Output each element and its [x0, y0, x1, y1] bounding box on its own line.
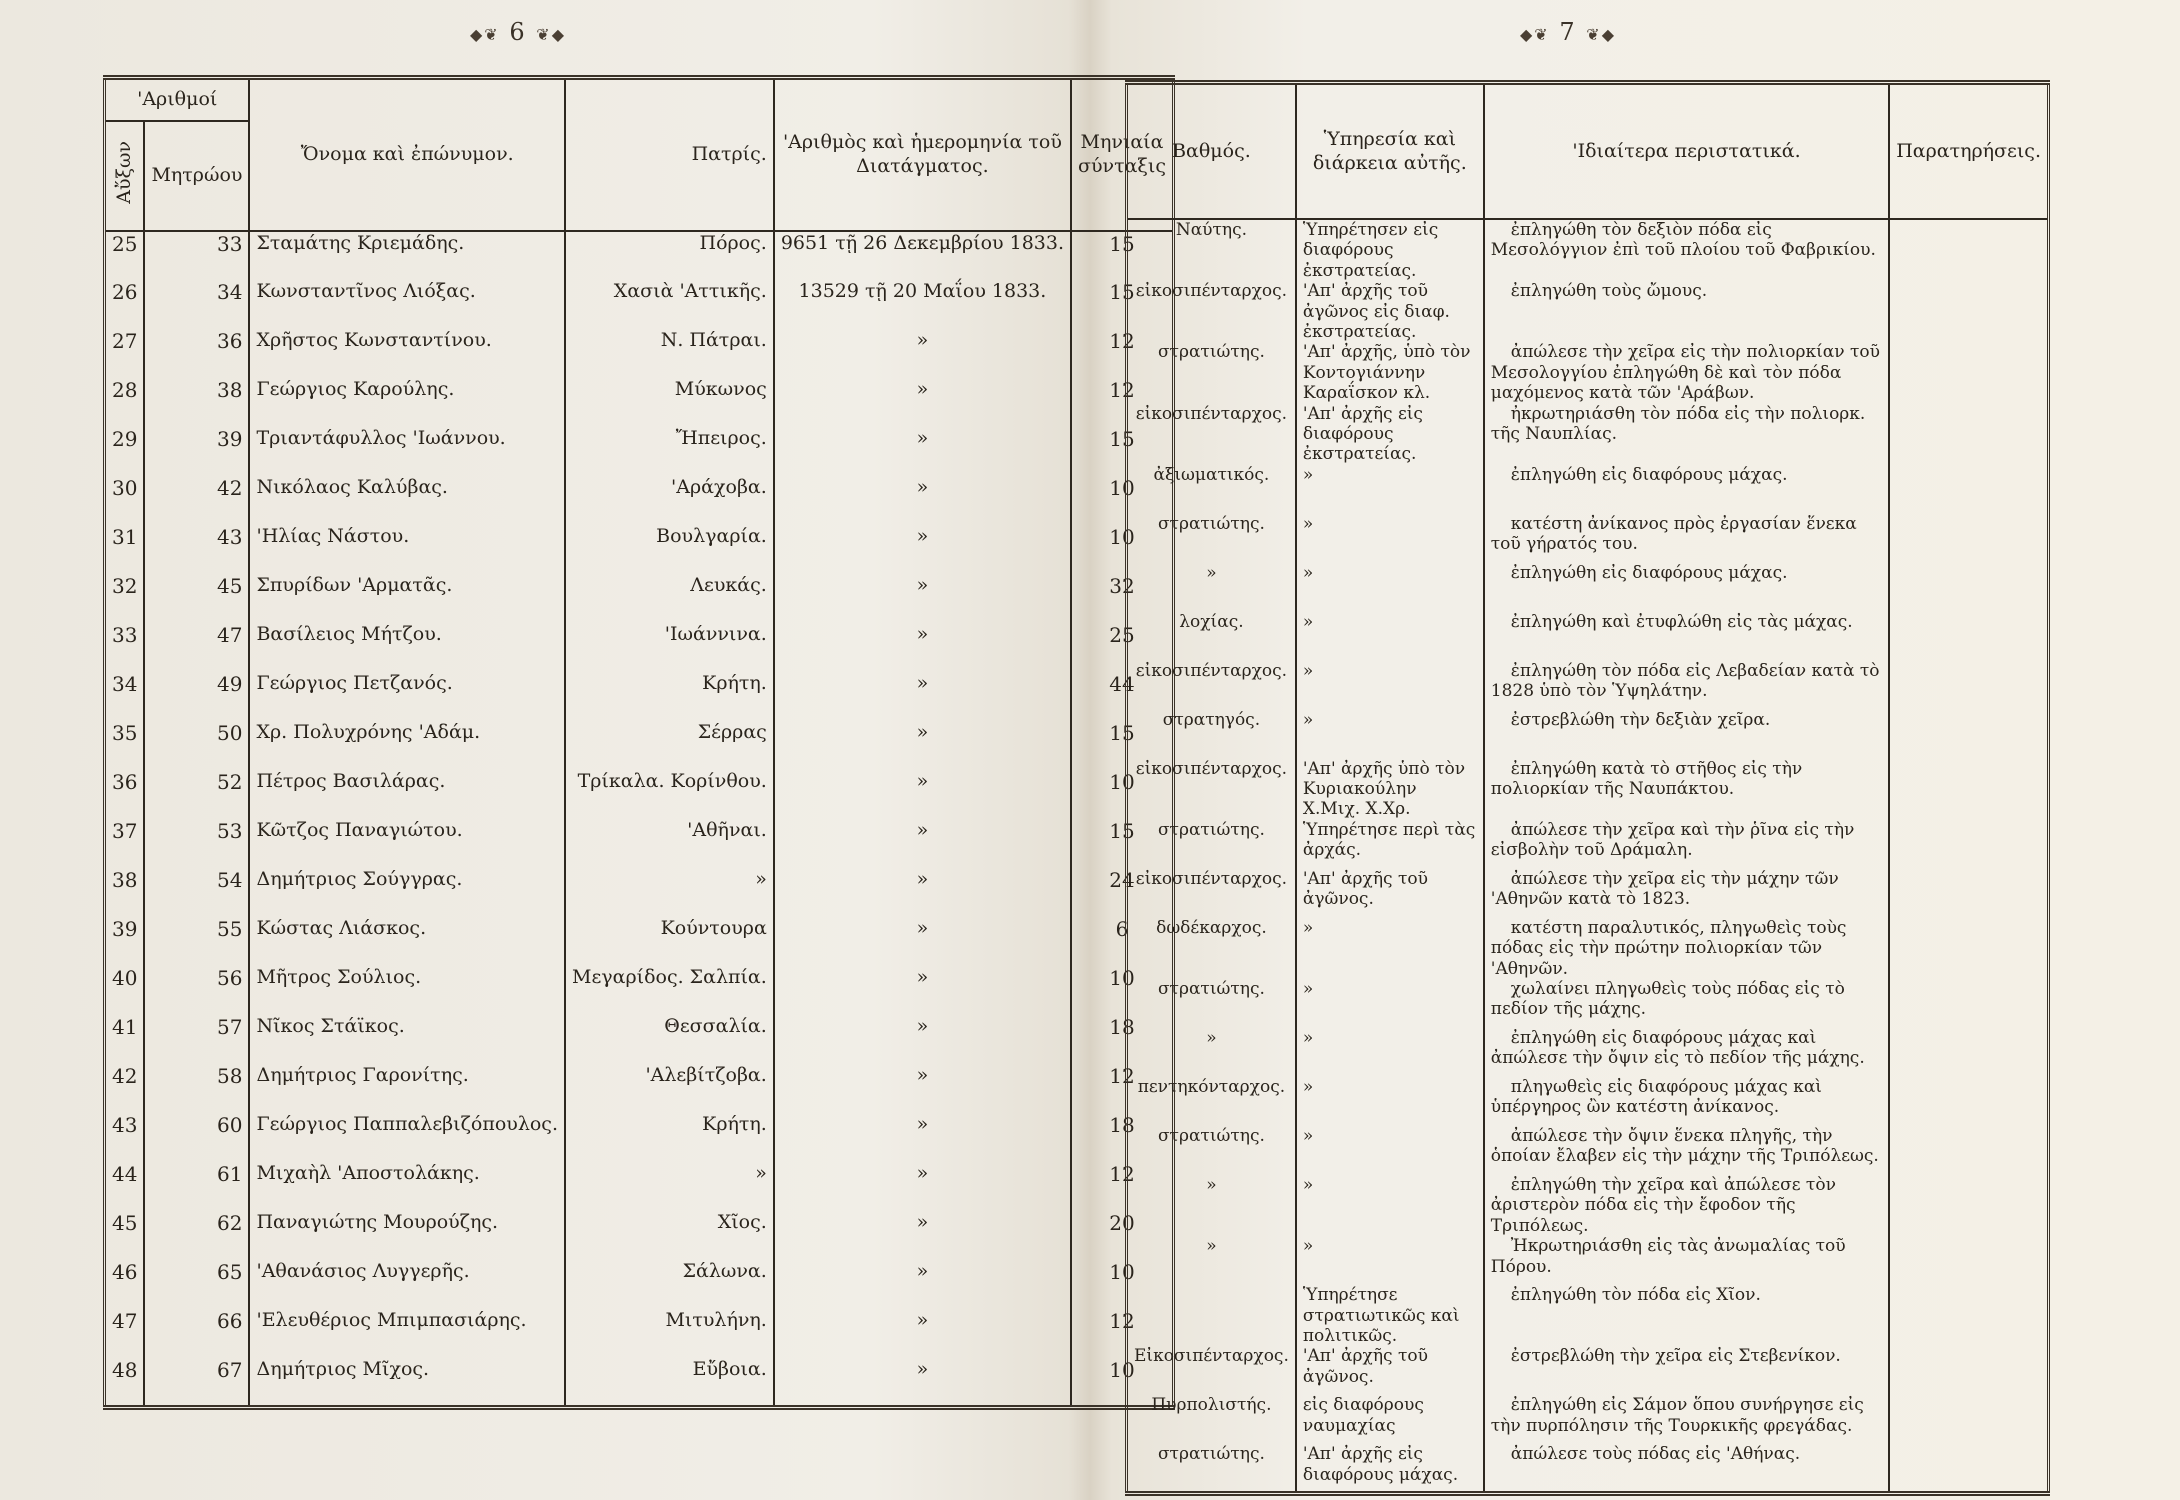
register-cell: 65 — [144, 1260, 249, 1309]
decree-cell: » — [774, 1260, 1071, 1309]
serial-cell: 35 — [105, 721, 145, 770]
register-cell: 56 — [144, 966, 249, 1015]
remarks-cell — [1889, 869, 2048, 918]
table-row: δωδέκαρχος.»κατέστη παραλυτικός, πληγωθε… — [1127, 918, 2049, 979]
decree-cell: » — [774, 672, 1071, 721]
service-cell: » — [1296, 1126, 1484, 1175]
rank-cell: εἰκοσιπένταρχος. — [1127, 281, 1296, 342]
register-cell: 39 — [144, 427, 249, 476]
table-row: στρατηγός.»ἐστρεβλώθη τὴν δεξιὰν χεῖρα. — [1127, 710, 2049, 759]
header-decree: 'Αριθμὸς καὶ ἡμερομηνία τοῦ Διατάγματος. — [774, 78, 1071, 232]
homeland-cell: Κρήτη. — [565, 1113, 774, 1162]
decree-cell: » — [774, 721, 1071, 770]
homeland-cell: Σέρρας — [565, 721, 774, 770]
name-cell: Δημήτριος Γαρονίτης. — [249, 1064, 565, 1113]
name-cell: 'Αθανάσιος Λυγγερῆς. — [249, 1260, 565, 1309]
particulars-cell: ἐστρεβλώθη τὴν δεξιὰν χεῖρα. — [1484, 710, 1889, 759]
register-cell: 43 — [144, 525, 249, 574]
homeland-cell: Σάλωνα. — [565, 1260, 774, 1309]
decree-cell: » — [774, 427, 1071, 476]
remarks-cell — [1889, 1285, 2048, 1346]
particulars-cell: ἐπληγώθη τὴν χεῖρα καὶ ἀπώλεσε τὸν ἀριστ… — [1484, 1175, 1889, 1236]
table-row: »»ἐπληγώθη εἰς διαφόρους μάχας καὶ ἀπώλε… — [1127, 1028, 2049, 1077]
rank-cell: Ναύτης. — [1127, 219, 1296, 281]
rank-cell: δωδέκαρχος. — [1127, 918, 1296, 979]
decree-cell: 9651 τῇ 26 Δεκεμβρίου 1833. — [774, 231, 1071, 280]
remarks-cell — [1889, 710, 2048, 759]
rank-cell: » — [1127, 1236, 1296, 1285]
table-row: εἰκοσιπένταρχος.'Απ' ἀρχῆς ὑπὸ τὸν Κυρια… — [1127, 759, 2049, 820]
page-number-left: ◆❦ 6 ❦◆ — [470, 18, 566, 46]
serial-cell: 27 — [105, 329, 145, 378]
serial-cell: 37 — [105, 819, 145, 868]
homeland-cell: Κούντουρα — [565, 917, 774, 966]
table-row: 3245Σπυρίδων 'Αρματᾶς.Λευκάς.»32 — [105, 574, 1174, 623]
name-cell: Νικόλαος Καλύβας. — [249, 476, 565, 525]
service-cell: » — [1296, 514, 1484, 563]
table-row: 3042Νικόλαος Καλύβας.'Αράχοβα.»10 — [105, 476, 1174, 525]
service-cell: 'Απ' ἀρχῆς τοῦ ἀγῶνος εἰς διαφ. ἐκστρατε… — [1296, 281, 1484, 342]
table-row: στρατιώτης.»κατέστη ἀνίκανος πρὸς ἐργασί… — [1127, 514, 2049, 563]
table-row: 3449Γεώργιος Πετζανός.Κρήτη.»44 — [105, 672, 1174, 721]
name-cell: Πέτρος Βασιλάρας. — [249, 770, 565, 819]
serial-cell: 30 — [105, 476, 145, 525]
register-cell: 36 — [144, 329, 249, 378]
table-row: 3652Πέτρος Βασιλάρας.Τρίκαλα. Κορίνθου.»… — [105, 770, 1174, 819]
ornament-icon: ◆❦ — [470, 25, 500, 44]
decree-cell: » — [774, 868, 1071, 917]
homeland-cell: Ἤπειρος. — [565, 427, 774, 476]
particulars-cell: ἐπληγώθη κατὰ τὸ στῆθος εἰς τὴν πολιορκί… — [1484, 759, 1889, 820]
particulars-cell: χωλαίνει πληγωθεὶς τοὺς πόδας εἰς τὸ πεδ… — [1484, 979, 1889, 1028]
serial-cell: 34 — [105, 672, 145, 721]
serial-cell: 31 — [105, 525, 145, 574]
table-row: 3550Χρ. Πολυχρόνης 'Αδάμ.Σέρρας»15 — [105, 721, 1174, 770]
rank-cell: εἰκοσιπένταρχος. — [1127, 661, 1296, 710]
table-row: στρατιώτης.»χωλαίνει πληγωθεὶς τοὺς πόδα… — [1127, 979, 2049, 1028]
homeland-cell: Μεγαρίδος. Σαλπία. — [565, 966, 774, 1015]
rank-cell: στρατιώτης. — [1127, 342, 1296, 403]
serial-cell: 44 — [105, 1162, 145, 1211]
homeland-cell: Πόρος. — [565, 231, 774, 280]
table-row: Εἰκοσιπένταρχος.'Απ' ἀρχῆς τοῦ ἀγῶνος.ἐσ… — [1127, 1346, 2049, 1395]
service-cell: εἰς διαφόρους ναυμαχίας — [1296, 1395, 1484, 1444]
name-cell: Κώστας Λιάσκος. — [249, 917, 565, 966]
homeland-cell: » — [565, 1162, 774, 1211]
serial-cell: 32 — [105, 574, 145, 623]
serial-cell: 42 — [105, 1064, 145, 1113]
table-row: στρατιώτης.'Απ' ἀρχῆς, ὑπὸ τὸν Κοντογιάν… — [1127, 342, 2049, 403]
particulars-cell: ἐπληγώθη εἰς διαφόρους μάχας. — [1484, 563, 1889, 612]
rank-cell: εἰκοσιπένταρχος. — [1127, 404, 1296, 465]
homeland-cell: Χασιὰ 'Αττικῆς. — [565, 280, 774, 329]
decree-cell: » — [774, 1064, 1071, 1113]
rank-cell: πεντηκόνταρχος. — [1127, 1077, 1296, 1126]
particulars-cell: Ἠκρωτηριάσθη εἰς τὰς ἀνωμαλίας τοῦ Πόρου… — [1484, 1236, 1889, 1285]
homeland-cell: » — [565, 868, 774, 917]
register-cell: 54 — [144, 868, 249, 917]
remarks-cell — [1889, 820, 2048, 869]
particulars-cell: ἀπώλεσε τὴν χεῖρα εἰς τὴν πολιορκίαν τοῦ… — [1484, 342, 1889, 403]
serial-cell: 38 — [105, 868, 145, 917]
serial-cell: 47 — [105, 1309, 145, 1358]
decree-cell: » — [774, 917, 1071, 966]
table-row: 4562Παναγιώτης Μουρούζης.Χῖος.»20 — [105, 1211, 1174, 1260]
remarks-cell — [1889, 661, 2048, 710]
register-cell: 38 — [144, 378, 249, 427]
serial-cell: 36 — [105, 770, 145, 819]
remarks-cell — [1889, 465, 2048, 514]
rank-cell: στρατιώτης. — [1127, 979, 1296, 1028]
homeland-cell: 'Ιωάννινα. — [565, 623, 774, 672]
homeland-cell: Θεσσαλία. — [565, 1015, 774, 1064]
header-serial: Αὔξων — [105, 121, 145, 231]
header-register: Μητρώου — [144, 121, 249, 231]
homeland-cell: Ν. Πάτραι. — [565, 329, 774, 378]
name-cell: Σπυρίδων 'Αρματᾶς. — [249, 574, 565, 623]
register-cell: 55 — [144, 917, 249, 966]
service-cell: 'Απ' ἀρχῆς εἰς διαφόρους ἐκστρατείας. — [1296, 404, 1484, 465]
decree-cell: » — [774, 1309, 1071, 1358]
table-row: »»ἐπληγώθη εἰς διαφόρους μάχας. — [1127, 563, 2049, 612]
register-cell: 49 — [144, 672, 249, 721]
serial-cell: 25 — [105, 231, 145, 280]
particulars-table: Βαθμός. Ὑπηρεσία καὶ διάρκεια αὐτῆς. 'Ιδ… — [1125, 80, 2050, 1496]
table-row: πεντηκόνταρχος.»πληγωθεὶς εἰς διαφόρους … — [1127, 1077, 2049, 1126]
rank-cell: στρατηγός. — [1127, 710, 1296, 759]
register-cell: 57 — [144, 1015, 249, 1064]
rank-cell: στρατιώτης. — [1127, 1126, 1296, 1175]
serial-cell: 33 — [105, 623, 145, 672]
name-cell: 'Ηλίας Νάστου. — [249, 525, 565, 574]
register-cell: 58 — [144, 1064, 249, 1113]
name-cell: 'Ελευθέριος Μπιμπασιάρης. — [249, 1309, 565, 1358]
table-row: 2634Κωνσταντῖνος Λιόξας.Χασιὰ 'Αττικῆς.1… — [105, 280, 1174, 329]
table-row: στρατιώτης.Ὑπηρέτησε περὶ τὰς ἀρχάς.ἀπώλ… — [1127, 820, 2049, 869]
service-cell: » — [1296, 661, 1484, 710]
serial-cell: 48 — [105, 1358, 145, 1407]
service-cell: » — [1296, 465, 1484, 514]
service-cell: » — [1296, 918, 1484, 979]
table-row: εἰκοσιπένταρχος.»ἐπληγώθη τὸν πόδα εἰς Λ… — [1127, 661, 2049, 710]
pension-register-table: 'Αριθμοί Ὄνομα καὶ ἐπώνυμον. Πατρίς. 'Αρ… — [103, 75, 1175, 1410]
serial-cell: 41 — [105, 1015, 145, 1064]
ornament-icon: ❦◆ — [536, 25, 566, 44]
register-cell: 34 — [144, 280, 249, 329]
decree-cell: » — [774, 819, 1071, 868]
service-cell: 'Απ' ἀρχῆς τοῦ ἀγῶνος. — [1296, 1346, 1484, 1395]
homeland-cell: 'Αθῆναι. — [565, 819, 774, 868]
particulars-cell: ἀπώλεσε τὴν ὄψιν ἕνεκα πληγῆς, τὴν ὁποία… — [1484, 1126, 1889, 1175]
table-row: 3854Δημήτριος Σούγγρας.»»24 — [105, 868, 1174, 917]
particulars-cell: ἐπληγώθη εἰς διαφόρους μάχας. — [1484, 465, 1889, 514]
register-cell: 50 — [144, 721, 249, 770]
decree-cell: » — [774, 476, 1071, 525]
particulars-cell: ἀπώλεσε τοὺς πόδας εἰς 'Αθήνας. — [1484, 1444, 1889, 1493]
decree-cell: » — [774, 1211, 1071, 1260]
remarks-cell — [1889, 1175, 2048, 1236]
decree-cell: » — [774, 1113, 1071, 1162]
table-row: εἰκοσιπένταρχος.'Απ' ἀρχῆς εἰς διαφόρους… — [1127, 404, 2049, 465]
particulars-cell: ἐπληγώθη εἰς διαφόρους μάχας καὶ ἀπώλεσε… — [1484, 1028, 1889, 1077]
table-row: 3347Βασίλειος Μήτζου.'Ιωάννινα.»25 — [105, 623, 1174, 672]
register-cell: 60 — [144, 1113, 249, 1162]
rank-cell: » — [1127, 1175, 1296, 1236]
homeland-cell: Μύκωνος — [565, 378, 774, 427]
homeland-cell: 'Αλεβίτζοβα. — [565, 1064, 774, 1113]
rank-cell: Πυρπολιστής. — [1127, 1395, 1296, 1444]
particulars-cell: κατέστη ἀνίκανος πρὸς ἐργασίαν ἕνεκα τοῦ… — [1484, 514, 1889, 563]
name-cell: Μιχαὴλ 'Αποστολάκης. — [249, 1162, 565, 1211]
homeland-cell: Τρίκαλα. Κορίνθου. — [565, 770, 774, 819]
serial-cell: 26 — [105, 280, 145, 329]
table-row: »»Ἠκρωτηριάσθη εἰς τὰς ἀνωμαλίας τοῦ Πόρ… — [1127, 1236, 2049, 1285]
serial-cell: 28 — [105, 378, 145, 427]
name-cell: Δημήτριος Σούγγρας. — [249, 868, 565, 917]
service-cell: » — [1296, 1028, 1484, 1077]
table-row: 3143'Ηλίας Νάστου.Βουλγαρία.»10 — [105, 525, 1174, 574]
remarks-cell — [1889, 563, 2048, 612]
table-row: Πυρπολιστής.εἰς διαφόρους ναυμαχίαςἐπληγ… — [1127, 1395, 2049, 1444]
ornament-icon: ◆❦ — [1520, 25, 1550, 44]
decree-cell: » — [774, 966, 1071, 1015]
remarks-cell — [1889, 1236, 2048, 1285]
name-cell: Μῆτρος Σούλιος. — [249, 966, 565, 1015]
table-row: 2939Τριαντάφυλλος 'Ιωάννου.Ἤπειρος.»15 — [105, 427, 1174, 476]
serial-cell: 40 — [105, 966, 145, 1015]
remarks-cell — [1889, 281, 2048, 342]
rank-cell: Εἰκοσιπένταρχος. — [1127, 1346, 1296, 1395]
table-row: 4867Δημήτριος Μῖχος.Εὔβοια.»10 — [105, 1358, 1174, 1407]
service-cell: » — [1296, 979, 1484, 1028]
particulars-cell: ἐπληγώθη καὶ ἐτυφλώθη εἰς τὰς μάχας. — [1484, 612, 1889, 661]
service-cell: » — [1296, 1175, 1484, 1236]
particulars-cell: ἐπληγώθη εἰς Σάμον ὅπου συνήργησε εἰς τὴ… — [1484, 1395, 1889, 1444]
service-cell: 'Απ' ἀρχῆς ὑπὸ τὸν Κυριακούλην Χ.Μιχ. Χ.… — [1296, 759, 1484, 820]
rank-cell: » — [1127, 1028, 1296, 1077]
header-rank: Βαθμός. — [1127, 83, 1296, 220]
ornament-icon: ❦◆ — [1586, 25, 1616, 44]
particulars-cell: ἐπληγώθη τὸν πόδα εἰς Λεβαδείαν κατὰ τὸ … — [1484, 661, 1889, 710]
particulars-cell: ἠκρωτηριάσθη τὸν πόδα εἰς τὴν πολιορκ. τ… — [1484, 404, 1889, 465]
remarks-cell — [1889, 342, 2048, 403]
register-cell: 53 — [144, 819, 249, 868]
rank-cell: » — [1127, 563, 1296, 612]
homeland-cell: Βουλγαρία. — [565, 525, 774, 574]
name-cell: Γεώργιος Παππαλεβιζόπουλος. — [249, 1113, 565, 1162]
register-cell: 52 — [144, 770, 249, 819]
header-service: Ὑπηρεσία καὶ διάρκεια αὐτῆς. — [1296, 83, 1484, 220]
name-cell: Παναγιώτης Μουρούζης. — [249, 1211, 565, 1260]
service-cell: » — [1296, 1236, 1484, 1285]
name-cell: Νῖκος Στάϊκος. — [249, 1015, 565, 1064]
particulars-cell: ἐπληγώθη τὸν πόδα εἰς Χῖον. — [1484, 1285, 1889, 1346]
header-name: Ὄνομα καὶ ἐπώνυμον. — [249, 78, 565, 232]
register-cell: 45 — [144, 574, 249, 623]
name-cell: Χρῆστος Κωνσταντίνου. — [249, 329, 565, 378]
table-row: εἰκοσιπένταρχος.'Απ' ἀρχῆς τοῦ ἀγῶνος.ἀπ… — [1127, 869, 2049, 918]
table-row: 2838Γεώργιος Καρούλης.Μύκωνος»12 — [105, 378, 1174, 427]
remarks-cell — [1889, 514, 2048, 563]
decree-cell: » — [774, 378, 1071, 427]
table-row: Ὑπηρέτησε στρατιωτικῶς καὶ πολιτικῶς.ἐπλ… — [1127, 1285, 2049, 1346]
register-cell: 66 — [144, 1309, 249, 1358]
service-cell: 'Απ' ἀρχῆς, ὑπὸ τὸν Κοντογιάννην Καραΐσκ… — [1296, 342, 1484, 403]
table-row: 4157Νῖκος Στάϊκος.Θεσσαλία.»18 — [105, 1015, 1174, 1064]
right-page: ◆❦ 7 ❦◆ Βαθμός. Ὑπηρεσία καὶ διάρκεια αὐ… — [1095, 0, 2180, 1500]
table-row: Ναύτης.Ὑπηρέτησεν εἰς διαφόρους ἐκστρατε… — [1127, 219, 2049, 281]
particulars-cell: ἐστρεβλώθη τὴν χεῖρα εἰς Στεβενίκον. — [1484, 1346, 1889, 1395]
decree-cell: » — [774, 1358, 1071, 1407]
decree-cell: » — [774, 574, 1071, 623]
decree-cell: » — [774, 623, 1071, 672]
serial-cell: 29 — [105, 427, 145, 476]
header-numbers-group: 'Αριθμοί — [105, 78, 250, 122]
decree-cell: 13529 τῇ 20 Μαΐου 1833. — [774, 280, 1071, 329]
table-row: εἰκοσιπένταρχος.'Απ' ἀρχῆς τοῦ ἀγῶνος εἰ… — [1127, 281, 2049, 342]
decree-cell: » — [774, 329, 1071, 378]
name-cell: Κωνσταντῖνος Λιόξας. — [249, 280, 565, 329]
name-cell: Δημήτριος Μῖχος. — [249, 1358, 565, 1407]
rank-cell: στρατιώτης. — [1127, 820, 1296, 869]
remarks-cell — [1889, 1444, 2048, 1493]
table-row: 4258Δημήτριος Γαρονίτης.'Αλεβίτζοβα.»12 — [105, 1064, 1174, 1113]
serial-cell: 39 — [105, 917, 145, 966]
decree-cell: » — [774, 770, 1071, 819]
register-cell: 61 — [144, 1162, 249, 1211]
remarks-cell — [1889, 1028, 2048, 1077]
decree-cell: » — [774, 1015, 1071, 1064]
service-cell: » — [1296, 563, 1484, 612]
remarks-cell — [1889, 404, 2048, 465]
remarks-cell — [1889, 1077, 2048, 1126]
homeland-cell: Κρήτη. — [565, 672, 774, 721]
register-cell: 33 — [144, 231, 249, 280]
rank-cell: στρατιώτης. — [1127, 1444, 1296, 1493]
remarks-cell — [1889, 759, 2048, 820]
service-cell: Ὑπηρέτησε περὶ τὰς ἀρχάς. — [1296, 820, 1484, 869]
remarks-cell — [1889, 1126, 2048, 1175]
table-row: ἀξιωματικός.»ἐπληγώθη εἰς διαφόρους μάχα… — [1127, 465, 2049, 514]
remarks-cell — [1889, 1346, 2048, 1395]
register-cell: 67 — [144, 1358, 249, 1407]
serial-cell: 45 — [105, 1211, 145, 1260]
table-row: 4360Γεώργιος Παππαλεβιζόπουλος.Κρήτη.»18 — [105, 1113, 1174, 1162]
homeland-cell: Χῖος. — [565, 1211, 774, 1260]
decree-cell: » — [774, 525, 1071, 574]
service-cell: 'Απ' ἀρχῆς τοῦ ἀγῶνος. — [1296, 869, 1484, 918]
name-cell: Βασίλειος Μήτζου. — [249, 623, 565, 672]
rank-cell: στρατιώτης. — [1127, 514, 1296, 563]
table-row: 2533Σταμάτης Κριεμάδης.Πόρος.9651 τῇ 26 … — [105, 231, 1174, 280]
header-remarks: Παρατηρήσεις. — [1889, 83, 2048, 220]
remarks-cell — [1889, 1395, 2048, 1444]
remarks-cell — [1889, 979, 2048, 1028]
table-row: 4461Μιχαὴλ 'Αποστολάκης.»»12 — [105, 1162, 1174, 1211]
decree-cell: » — [774, 1162, 1071, 1211]
homeland-cell: Λευκάς. — [565, 574, 774, 623]
table-row: 4766'Ελευθέριος Μπιμπασιάρης.Μιτυλήνη.»1… — [105, 1309, 1174, 1358]
service-cell: » — [1296, 612, 1484, 661]
table-row: 4665'Αθανάσιος Λυγγερῆς.Σάλωνα.»10 — [105, 1260, 1174, 1309]
table-row: 4056Μῆτρος Σούλιος.Μεγαρίδος. Σαλπία.»10 — [105, 966, 1174, 1015]
name-cell: Γεώργιος Καρούλης. — [249, 378, 565, 427]
rank-cell: εἰκοσιπένταρχος. — [1127, 869, 1296, 918]
header-homeland: Πατρίς. — [565, 78, 774, 232]
register-cell: 62 — [144, 1211, 249, 1260]
serial-cell: 43 — [105, 1113, 145, 1162]
table-row: 3753Κῶτζος Παναγιώτου.'Αθῆναι.»15 — [105, 819, 1174, 868]
particulars-cell: ἀπώλεσε τὴν χεῖρα καὶ τὴν ῥῖνα εἰς τὴν ε… — [1484, 820, 1889, 869]
rank-cell: λοχίας. — [1127, 612, 1296, 661]
serial-cell: 46 — [105, 1260, 145, 1309]
register-cell: 42 — [144, 476, 249, 525]
homeland-cell: 'Αράχοβα. — [565, 476, 774, 525]
name-cell: Τριαντάφυλλος 'Ιωάννου. — [249, 427, 565, 476]
rank-cell: εἰκοσιπένταρχος. — [1127, 759, 1296, 820]
service-cell: 'Απ' ἀρχῆς εἰς διαφόρους μάχας. — [1296, 1444, 1484, 1493]
remarks-cell — [1889, 918, 2048, 979]
table-row: στρατιώτης.»ἀπώλεσε τὴν ὄψιν ἕνεκα πληγῆ… — [1127, 1126, 2049, 1175]
remarks-cell — [1889, 612, 2048, 661]
register-cell: 47 — [144, 623, 249, 672]
name-cell: Κῶτζος Παναγιώτου. — [249, 819, 565, 868]
particulars-cell: ἀπώλεσε τὴν χεῖρα εἰς τὴν μάχην τῶν 'Αθη… — [1484, 869, 1889, 918]
table-row: 3955Κώστας Λιάσκος.Κούντουρα»6 — [105, 917, 1174, 966]
remarks-cell — [1889, 219, 2048, 281]
name-cell: Γεώργιος Πετζανός. — [249, 672, 565, 721]
service-cell: Ὑπηρέτησεν εἰς διαφόρους ἐκστρατείας. — [1296, 219, 1484, 281]
header-particulars: 'Ιδιαίτερα περιστατικά. — [1484, 83, 1889, 220]
rank-cell — [1127, 1285, 1296, 1346]
page-number-right: ◆❦ 7 ❦◆ — [1520, 18, 1616, 46]
particulars-cell: κατέστη παραλυτικός, πληγωθεὶς τοὺς πόδα… — [1484, 918, 1889, 979]
homeland-cell: Εὔβοια. — [565, 1358, 774, 1407]
rank-cell: ἀξιωματικός. — [1127, 465, 1296, 514]
left-page: ◆❦ 6 ❦◆ 'Αριθμοί Ὄνομα καὶ ἐπώνυμον. Πατ… — [0, 0, 1085, 1500]
service-cell: Ὑπηρέτησε στρατιωτικῶς καὶ πολιτικῶς. — [1296, 1285, 1484, 1346]
table-row: »»ἐπληγώθη τὴν χεῖρα καὶ ἀπώλεσε τὸν ἀρι… — [1127, 1175, 2049, 1236]
particulars-cell: ἐπληγώθη τὸν δεξιὸν πόδα εἰς Μεσολόγγιον… — [1484, 219, 1889, 281]
name-cell: Σταμάτης Κριεμάδης. — [249, 231, 565, 280]
table-row: στρατιώτης.'Απ' ἀρχῆς εἰς διαφόρους μάχα… — [1127, 1444, 2049, 1493]
particulars-cell: ἐπληγώθη τοὺς ὤμους. — [1484, 281, 1889, 342]
particulars-cell: πληγωθεὶς εἰς διαφόρους μάχας καὶ ὑπέργη… — [1484, 1077, 1889, 1126]
homeland-cell: Μιτυλήνη. — [565, 1309, 774, 1358]
service-cell: » — [1296, 710, 1484, 759]
table-row: 2736Χρῆστος Κωνσταντίνου.Ν. Πάτραι.»12 — [105, 329, 1174, 378]
table-row: λοχίας.»ἐπληγώθη καὶ ἐτυφλώθη εἰς τὰς μά… — [1127, 612, 2049, 661]
name-cell: Χρ. Πολυχρόνης 'Αδάμ. — [249, 721, 565, 770]
service-cell: » — [1296, 1077, 1484, 1126]
